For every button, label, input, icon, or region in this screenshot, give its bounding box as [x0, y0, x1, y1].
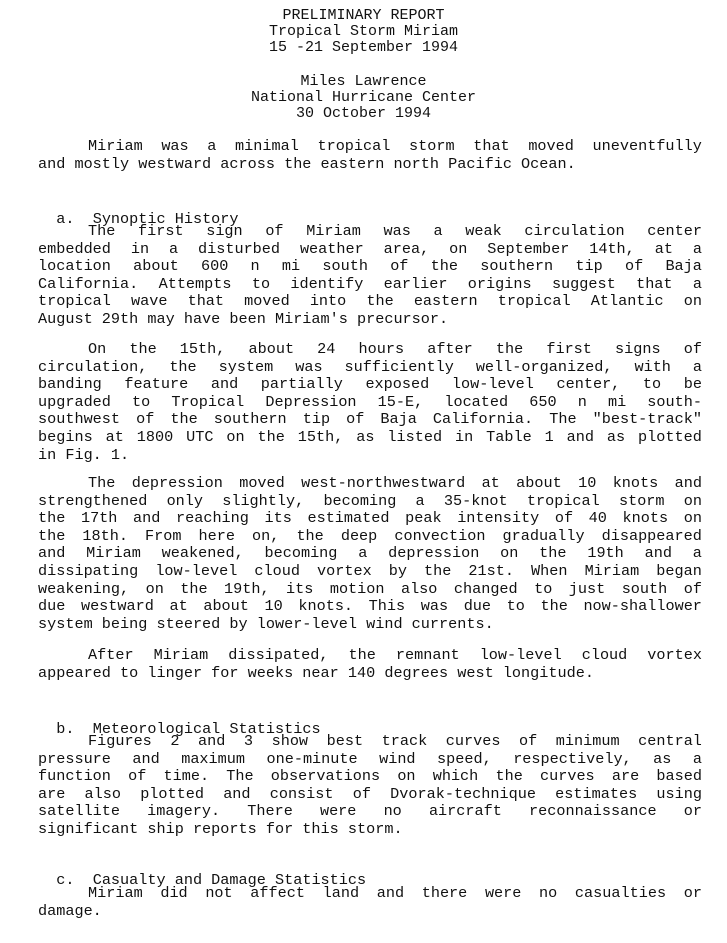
text-line: locationabout600nmisouthofthesoutherntip… — [38, 258, 702, 276]
text-line: AfterMiriamdissipated,theremnantlow-leve… — [38, 647, 702, 665]
text-line: Miriamdidnotaffectlandandtherewerenocasu… — [38, 885, 702, 903]
paragraph: Figures2and3showbesttrackcurvesofminimum… — [38, 733, 702, 839]
text-line: embeddedinadisturbedweatherarea,onSeptem… — [38, 241, 702, 259]
text-line: pressureandmaximumone-minutewindspeed,re… — [38, 751, 702, 769]
text-line: upgradedtoTropicalDepression15-E,located… — [38, 394, 702, 412]
text-line: beginsat1800UTConthe15th,aslistedinTable… — [38, 429, 702, 447]
text-line: satelliteimagery.Therewerenoaircraftreco… — [38, 803, 702, 821]
author-name: Miles Lawrence — [0, 74, 727, 90]
text-line: system being steered by lower-level wind… — [38, 616, 702, 634]
paragraph: Thedepressionmovedwest-northwestwardatab… — [38, 475, 702, 633]
text-line: in Fig. 1. — [38, 447, 702, 465]
intro-paragraph: Miriamwasaminimaltropicalstormthatmovedu… — [38, 138, 702, 173]
text-line: functionoftime.Theobservationsonwhichthe… — [38, 768, 702, 786]
text-line: circulation,thesystemwassufficientlywell… — [38, 359, 702, 377]
text-line: California.Attemptstoidentifyearlierorig… — [38, 276, 702, 294]
paragraph: Onthe15th,about24hoursafterthefirstsigns… — [38, 341, 702, 464]
report-type: PRELIMINARY REPORT — [0, 8, 727, 24]
text-line: August 29th may have been Miriam's precu… — [38, 311, 702, 329]
paragraph: ThefirstsignofMiriamwasaweakcirculationc… — [38, 223, 702, 329]
text-line: the18th.Fromhereon,thedeepconvectiongrad… — [38, 528, 702, 546]
paragraph: AfterMiriamdissipated,theremnantlow-leve… — [38, 647, 702, 682]
text-line: Figures2and3showbesttrackcurvesofminimum… — [38, 733, 702, 751]
text-line: bandingfeatureandpartiallyexposedlow-lev… — [38, 376, 702, 394]
text-line: and mostly westward across the eastern n… — [38, 156, 702, 174]
organization: National Hurricane Center — [0, 90, 727, 106]
text-line: arealsoplottedandconsistofDvorak-techniq… — [38, 786, 702, 804]
text-line: Miriamwasaminimaltropicalstormthatmovedu… — [38, 138, 702, 156]
text-line: weakening,onthe19th,itsmotionalsochanged… — [38, 581, 702, 599]
storm-dates: 15 -21 September 1994 — [0, 40, 727, 56]
author-block: Miles Lawrence National Hurricane Center… — [0, 74, 727, 122]
text-line: Onthe15th,about24hoursafterthefirstsigns… — [38, 341, 702, 359]
report-date: 30 October 1994 — [0, 106, 727, 122]
storm-name: Tropical Storm Miriam — [0, 24, 727, 40]
text-line: ThefirstsignofMiriamwasaweakcirculationc… — [38, 223, 702, 241]
text-line: tropicalwavethatmovedintotheeasterntropi… — [38, 293, 702, 311]
text-line: significant ship reports for this storm. — [38, 821, 702, 839]
text-line: Thedepressionmovedwest-northwestwardatab… — [38, 475, 702, 493]
text-line: strengthenedonlyslightly,becominga35-kno… — [38, 493, 702, 511]
text-line: appeared to linger for weeks near 140 de… — [38, 665, 702, 683]
text-line: southwestofthesoutherntipofBajaCaliforni… — [38, 411, 702, 429]
paragraph: Miriamdidnotaffectlandandtherewerenocasu… — [38, 885, 702, 920]
text-line: duewestwardatabout10knots.Thiswasduetoth… — [38, 598, 702, 616]
text-line: damage. — [38, 903, 702, 921]
report-title-block: PRELIMINARY REPORT Tropical Storm Miriam… — [0, 8, 727, 56]
text-line: andMiriamweakened,becomingadepressionont… — [38, 545, 702, 563]
text-line: dissipatinglow-levelcloudvortexbythe21st… — [38, 563, 702, 581]
text-line: the17thandreachingitsestimatedpeakintens… — [38, 510, 702, 528]
